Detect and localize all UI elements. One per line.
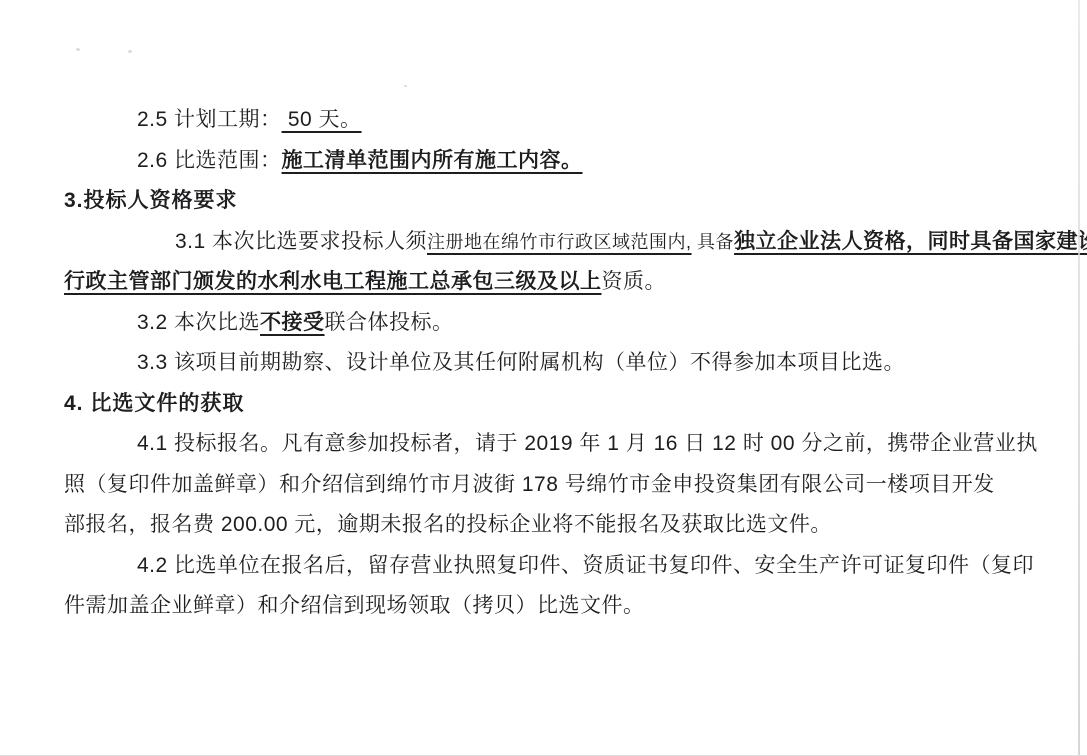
text-run: 3.投标人资格要求 (64, 189, 238, 212)
text-run: 50 天。 (282, 108, 362, 131)
scan-speck (128, 50, 132, 53)
scan-edge-right (1078, 0, 1080, 756)
clause-4-1-line-2: 照（复印件加盖鲜章）和介绍信到绵竹市月波街 178 号绵竹市金申投资集团有限公司… (64, 465, 1026, 506)
clause-3-1-line-1: 3.1 本次比选要求投标人须注册地在绵竹市行政区域范围内, 具备独立企业法人资格… (64, 222, 1026, 263)
text-run: 不接受 (260, 311, 325, 334)
text-run: 4.2 比选单位在报名后，留存营业执照复印件、资质证书复印件、安全生产许可证复印… (137, 554, 1034, 577)
clause-4-2-line-1: 4.2 比选单位在报名后，留存营业执照复印件、资质证书复印件、安全生产许可证复印… (64, 546, 1026, 587)
text-run: 资质。 (602, 270, 667, 293)
text-run: 件需加盖企业鲜章）和介绍信到现场领取（拷贝）比选文件。 (64, 594, 645, 617)
clause-3-3: 3.3 该项目前期勘察、设计单位及其任何附属机构（单位）不得参加本项目比选。 (64, 343, 1026, 384)
clause-4-1-line-3: 部报名，报名费 200.00 元，逾期未报名的投标企业将不能报名及获取比选文件。 (64, 505, 1026, 546)
clause-3-2: 3.2 本次比选不接受联合体投标。 (64, 303, 1026, 344)
text-run: 具备 (692, 232, 735, 252)
clause-4-1-line-1: 4.1 投标报名。凡有意参加投标者，请于 2019 年 1 月 16 日 12 … (64, 424, 1026, 465)
text-run: 2.6 比选范围： (137, 149, 282, 172)
text-run: 4. 比选文件的获取 (64, 392, 244, 415)
text-run: 4.1 投标报名。凡有意参加投标者，请于 2019 年 1 月 16 日 12 … (137, 432, 1038, 455)
clause-2-6: 2.6 比选范围：施工清单范围内所有施工内容。 (64, 141, 1026, 182)
clause-4-2-line-2: 件需加盖企业鲜章）和介绍信到现场领取（拷贝）比选文件。 (64, 586, 1026, 627)
text-run: 施工清单范围内所有施工内容。 (282, 149, 583, 172)
clause-3-1-line-2: 行政主管部门颁发的水利水电工程施工总承包三级及以上资质。 (64, 262, 1026, 303)
text-run: 注册地在绵竹市行政区域范围内, (427, 232, 692, 252)
document-body: 2.5 计划工期： 50 天。 2.6 比选范围：施工清单范围内所有施工内容。 … (64, 100, 1026, 627)
clause-2-5: 2.5 计划工期： 50 天。 (64, 100, 1026, 141)
scanned-document-page: 2.5 计划工期： 50 天。 2.6 比选范围：施工清单范围内所有施工内容。 … (0, 0, 1087, 756)
section-4-heading: 4. 比选文件的获取 (64, 384, 1026, 425)
text-run: 3.3 该项目前期勘察、设计单位及其任何附属机构（单位）不得参加本项目比选。 (137, 351, 905, 374)
text-run: 3.2 本次比选 (137, 311, 260, 334)
text-run: 部报名，报名费 200.00 元，逾期未报名的投标企业将不能报名及获取比选文件。 (64, 513, 832, 536)
text-run: 独立企业法人资格，同时具备国家建设 (734, 230, 1087, 253)
text-run: 照（复印件加盖鲜章）和介绍信到绵竹市月波街 178 号绵竹市金申投资集团有限公司… (64, 473, 995, 496)
text-run: 3.1 本次比选要求投标人须 (175, 230, 427, 253)
section-3-heading: 3.投标人资格要求 (64, 181, 1026, 222)
text-run: 行政主管部门颁发的水利水电工程施工总承包三级及以上 (64, 270, 602, 293)
text-run: 联合体投标。 (325, 311, 454, 334)
scan-speck (404, 85, 407, 87)
text-run: 2.5 计划工期： (137, 108, 282, 131)
scan-speck (76, 47, 81, 51)
